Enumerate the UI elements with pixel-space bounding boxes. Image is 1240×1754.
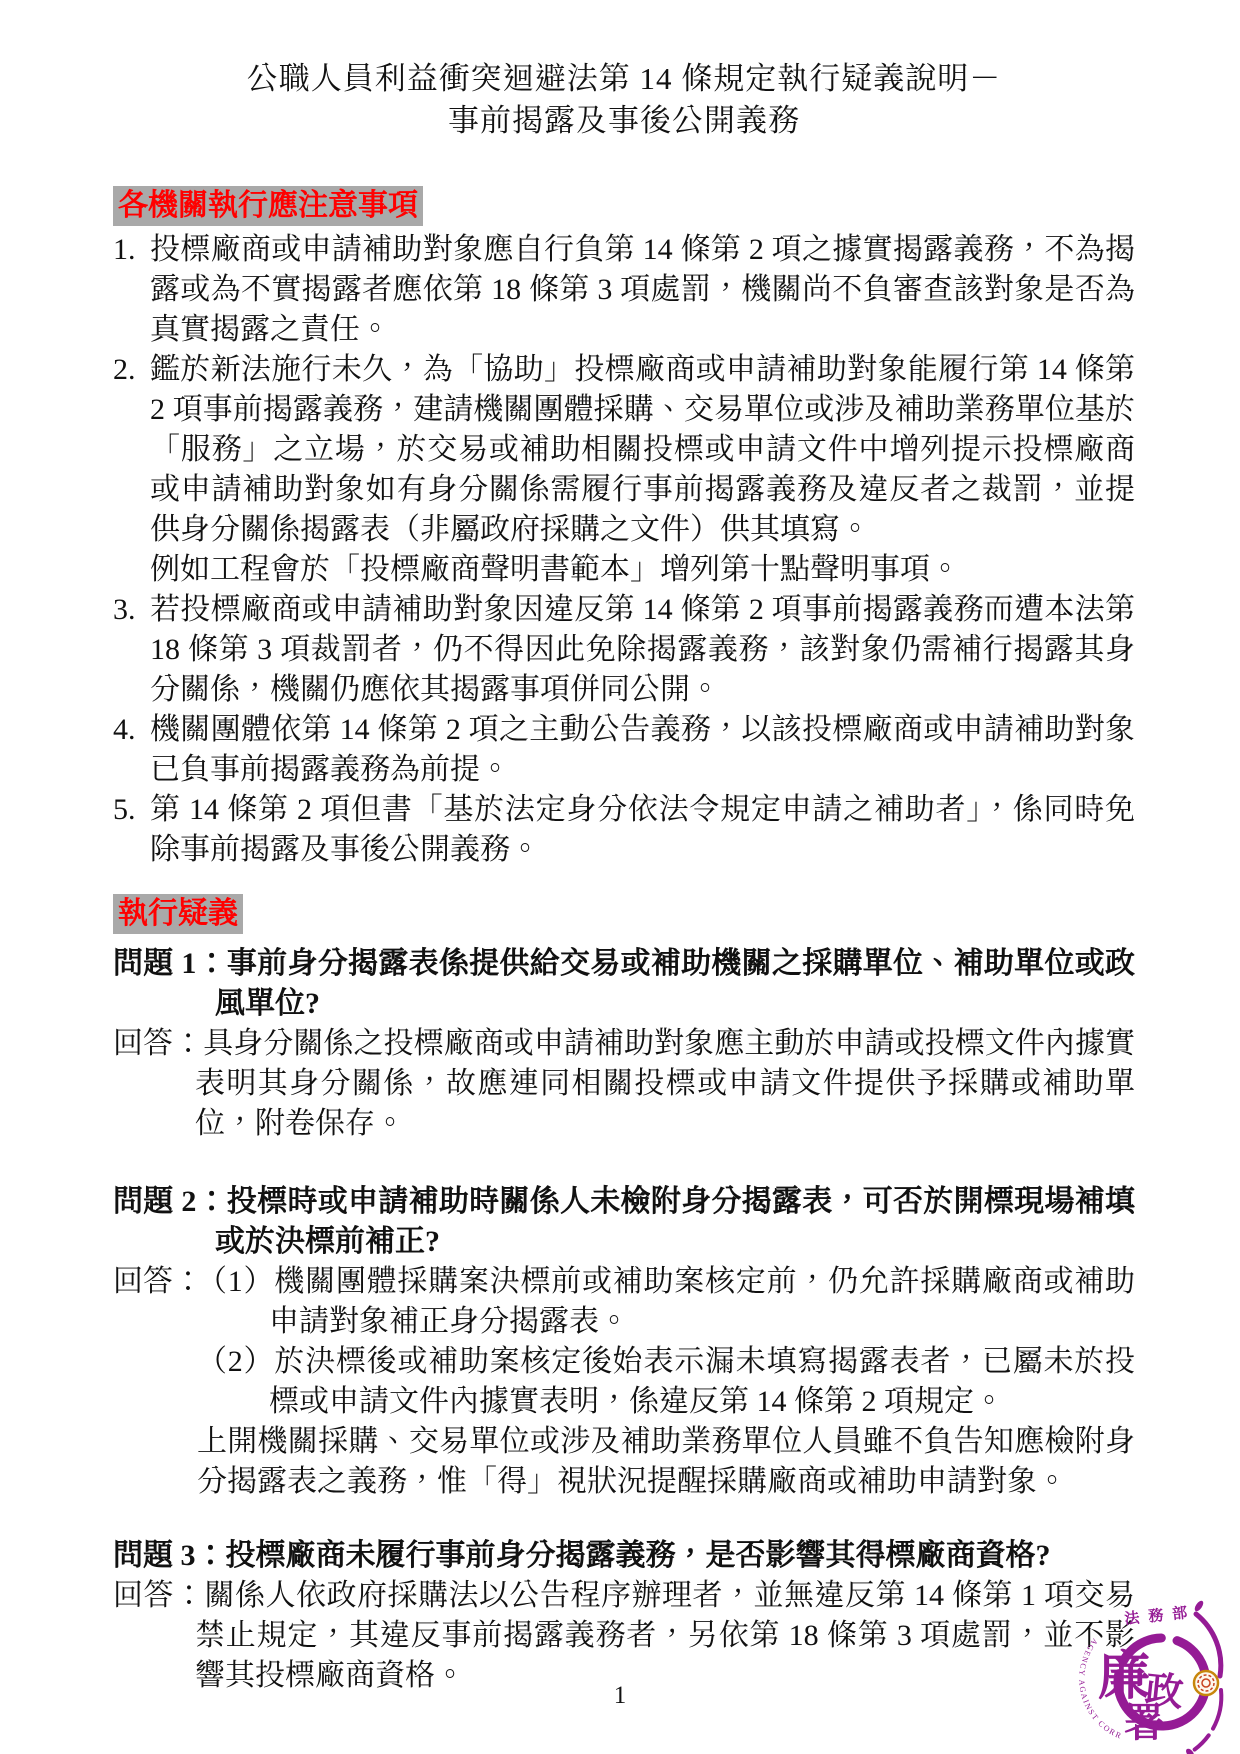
seal-char-lian: 廉 <box>1098 1648 1150 1706</box>
answer-label: 回答： <box>113 1027 203 1060</box>
title-line-1: 公職人員利益衝突迴避法第 14 條規定執行疑義說明－ <box>113 58 1135 100</box>
question-3: 問題 3：投標廠商未履行事前身分揭露義務，是否影響其得標廠商資格? <box>113 1536 1135 1576</box>
answer-1: 回答：具身分關係之投標廠商或申請補助對象應主動於申請或投標文件內據實表明其身分關… <box>113 1024 1135 1144</box>
title-line-2: 事前揭露及事後公開義務 <box>113 100 1135 142</box>
subitem-text: 機關團體採購案決標前或補助案核定前，仍允許採購廠商或補助申請對象補正身分揭露表。 <box>269 1265 1135 1338</box>
seal-char-shu: 署 <box>1124 1700 1164 1745</box>
seal-ministry-text: 法務部 <box>1124 1603 1198 1628</box>
list-item: 4. 機關團體依第 14 條第 2 項之主動公告義務，以該投標廠商或申請補助對象… <box>113 710 1135 790</box>
question-label: 問題 3： <box>113 1539 226 1572</box>
question-label: 問題 2： <box>113 1185 227 1218</box>
subitem-number: （1） <box>197 1265 274 1298</box>
section-doubts: 執行疑義 <box>113 894 1135 934</box>
list-item: 5. 第 14 條第 2 項但書「基於法定身分依法令規定申請之補助者」，係同時免… <box>113 790 1135 870</box>
agency-against-corruption-seal-icon: 法務部 廉 政 署 AGENCY AGAINST CORRUPTION <box>1078 1590 1240 1754</box>
list-item-text: 鑑於新法施行未久，為「協助」投標廠商或申請補助對象能履行第 14 條第 2 項事… <box>150 353 1135 546</box>
answer-text: 關係人依政府採購法以公告程序辦理者，並無違反第 14 條第 1 項交易禁止規定，… <box>195 1579 1135 1692</box>
answer-subitem-1: （1）機關團體採購案決標前或補助案核定前，仍允許採購廠商或補助申請對象補正身分揭… <box>197 1262 1135 1342</box>
subitem-text: 於決標後或補助案核定後始表示漏未填寫揭露表者，已屬未於投標或申請文件內據實表明，… <box>269 1345 1135 1418</box>
answer-3: 回答：關係人依政府採購法以公告程序辦理者，並無違反第 14 條第 1 項交易禁止… <box>113 1576 1135 1696</box>
qa-1: 問題 1：事前身分揭露表係提供給交易或補助機關之採購單位、補助單位或政風單位? … <box>113 944 1135 1144</box>
section-notes: 各機關執行應注意事項 1. 投標廠商或申請補助對象應自行負第 14 條第 2 項… <box>113 186 1135 870</box>
question-text: 事前身分揭露表係提供給交易或補助機關之採購單位、補助單位或政風單位? <box>215 947 1135 1020</box>
document-page: 公職人員利益衝突迴避法第 14 條規定執行疑義說明－ 事前揭露及事後公開義務 各… <box>0 0 1240 1754</box>
section-header-doubts: 執行疑義 <box>113 894 243 934</box>
list-item-number: 3. <box>113 590 136 630</box>
subitem-number: （2） <box>197 1345 274 1378</box>
qa-3: 問題 3：投標廠商未履行事前身分揭露義務，是否影響其得標廠商資格? 回答：關係人… <box>113 1536 1135 1696</box>
list-item-text: 投標廠商或申請補助對象應自行負第 14 條第 2 項之據實揭露義務，不為揭露或為… <box>150 233 1135 346</box>
list-item-number: 5. <box>113 790 136 830</box>
question-text: 投標時或申請補助時關係人未檢附身分揭露表，可否於開標現場補填或於決標前補正? <box>215 1185 1135 1258</box>
list-item-text: 機關團體依第 14 條第 2 項之主動公告義務，以該投標廠商或申請補助對象已負事… <box>150 713 1135 786</box>
question-text: 投標廠商未履行事前身分揭露義務，是否影響其得標廠商資格? <box>226 1539 1051 1572</box>
answer-text: 具身分關係之投標廠商或申請補助對象應主動於申請或投標文件內據實表明其身分關係，故… <box>195 1027 1135 1140</box>
list-item: 1. 投標廠商或申請補助對象應自行負第 14 條第 2 項之據實揭露義務，不為揭… <box>113 230 1135 350</box>
question-2: 問題 2：投標時或申請補助時關係人未檢附身分揭露表，可否於開標現場補填或於決標前… <box>113 1182 1135 1262</box>
question-1: 問題 1：事前身分揭露表係提供給交易或補助機關之採購單位、補助單位或政風單位? <box>113 944 1135 1024</box>
question-label: 問題 1： <box>113 947 227 980</box>
answer-note: 上開機關採購、交易單位或涉及補助業務單位人員雖不負告知應檢附身分揭露表之義務，惟… <box>197 1422 1135 1502</box>
answer-label: 回答： <box>113 1262 203 1302</box>
list-item-number: 1. <box>113 230 136 270</box>
answer-label: 回答： <box>113 1579 205 1612</box>
document-content: 公職人員利益衝突迴避法第 14 條規定執行疑義說明－ 事前揭露及事後公開義務 各… <box>0 0 1240 1696</box>
list-item-number: 4. <box>113 710 136 750</box>
notes-list: 1. 投標廠商或申請補助對象應自行負第 14 條第 2 項之據實揭露義務，不為揭… <box>113 230 1135 870</box>
page-number: 1 <box>0 1682 1240 1710</box>
list-item-text: 第 14 條第 2 項但書「基於法定身分依法令規定申請之補助者」，係同時免除事前… <box>150 793 1135 866</box>
qa-2: 問題 2：投標時或申請補助時關係人未檢附身分揭露表，可否於開標現場補填或於決標前… <box>113 1182 1135 1502</box>
section-header-notes: 各機關執行應注意事項 <box>113 186 423 226</box>
list-item-number: 2. <box>113 350 136 390</box>
answer-2: 回答： （1）機關團體採購案決標前或補助案核定前，仍允許採購廠商或補助申請對象補… <box>113 1262 1135 1502</box>
list-item-text: 若投標廠商或申請補助對象因違反第 14 條第 2 項事前揭露義務而遭本法第 18… <box>150 593 1135 706</box>
list-item: 3. 若投標廠商或申請補助對象因違反第 14 條第 2 項事前揭露義務而遭本法第… <box>113 590 1135 710</box>
answer-subitem-2: （2）於決標後或補助案核定後始表示漏未填寫揭露表者，已屬未於投標或申請文件內據實… <box>197 1342 1135 1422</box>
list-item-note: 例如工程會於「投標廠商聲明書範本」增列第十點聲明事項。 <box>150 550 1135 590</box>
document-title: 公職人員利益衝突迴避法第 14 條規定執行疑義說明－ 事前揭露及事後公開義務 <box>113 58 1135 142</box>
list-item: 2. 鑑於新法施行未久，為「協助」投標廠商或申請補助對象能履行第 14 條第 2… <box>113 350 1135 590</box>
